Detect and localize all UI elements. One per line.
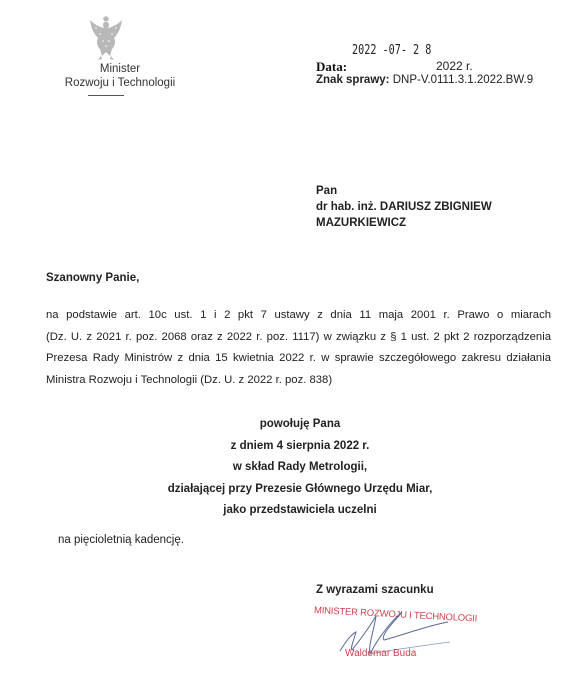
- case-number-label: Znak sprawy:: [316, 74, 390, 86]
- ministry-name-line1: Minister: [40, 62, 200, 76]
- paragraph-line: (Dz. U. z 2021 r. poz. 2068 oraz z 2022 …: [46, 327, 551, 349]
- paragraph-line: Ministra Rozwoju i Technologii (Dz. U. z…: [46, 370, 551, 392]
- addressee-name-line2: MAZURKIEWICZ: [316, 215, 492, 231]
- closing-regards: Z wyrazami szacunku: [316, 584, 434, 596]
- polish-eagle-emblem-icon: [88, 16, 124, 60]
- ministry-name-line2: Rozwoju i Technologii: [40, 76, 200, 90]
- signature-stamp-name: Waldemar Buda: [345, 648, 416, 659]
- decision-line: działającej przy Prezesie Głównego Urzęd…: [150, 479, 450, 501]
- addressee-block: Pan dr hab. inż. DARIUSZ ZBIGNIEW MAZURK…: [316, 183, 492, 231]
- case-number-line: Znak sprawy: DNP-V.0111.3.1.2022.BW.9: [316, 74, 533, 86]
- date-year: 2022 r.: [436, 59, 473, 73]
- header-divider: [88, 95, 124, 96]
- ministry-name: Minister Rozwoju i Technologii: [40, 62, 200, 90]
- decision-line: z dniem 4 sierpnia 2022 r.: [150, 436, 450, 458]
- decision-line: powołuję Pana: [150, 414, 450, 436]
- addressee-name-line1: dr hab. inż. DARIUSZ ZBIGNIEW: [316, 199, 492, 215]
- addressee-title: Pan: [316, 183, 492, 199]
- decision-line: w skład Rady Metrologii,: [150, 457, 450, 479]
- paragraph-line: Prezesa Rady Ministrów z dnia 15 kwietni…: [46, 348, 551, 370]
- term-of-office: na pięcioletnią kadencję.: [58, 534, 184, 546]
- date-label: Data:: [316, 59, 347, 75]
- decision-line: jako przedstawiciela uczelni: [150, 500, 450, 522]
- appointment-decision: powołuję Pana z dniem 4 sierpnia 2022 r.…: [150, 414, 450, 522]
- legal-basis-paragraph: na podstawie art. 10c ust. 1 i 2 pkt 7 u…: [46, 305, 551, 391]
- case-number-value: DNP-V.0111.3.1.2022.BW.9: [393, 74, 533, 86]
- date-stamp: 2022 -07- 2 8: [352, 43, 431, 58]
- paragraph-line: na podstawie art. 10c ust. 1 i 2 pkt 7 u…: [46, 305, 551, 327]
- salutation: Szanowny Panie,: [46, 272, 139, 284]
